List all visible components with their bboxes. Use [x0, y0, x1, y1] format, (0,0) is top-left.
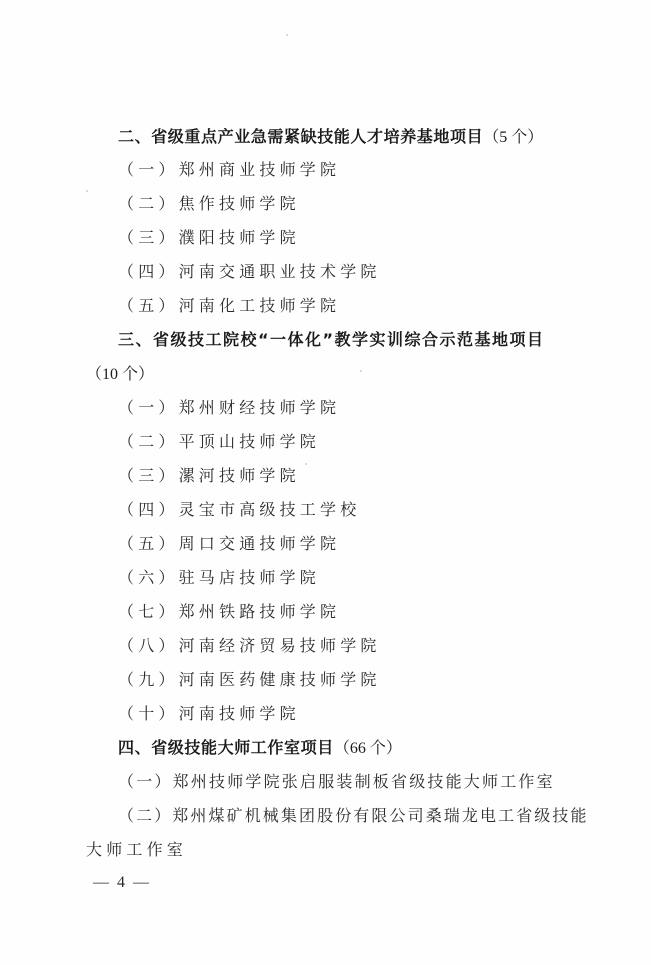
- document-page: 二、省级重点产业急需紧缺技能人才培养基地项目（5 个） （一）郑州商业技师学院 …: [0, 0, 651, 965]
- scan-speck: [360, 370, 362, 372]
- list-item: （四）河南交通职业技术学院: [118, 262, 381, 282]
- section-count: （66 个）: [334, 740, 402, 757]
- list-item: （一）郑州商业技师学院: [118, 160, 340, 180]
- section-count: （10 个）: [86, 366, 154, 383]
- scan-speck: [286, 34, 288, 36]
- section-heading-text: 四、省级技能大师工作室项目: [118, 738, 334, 757]
- list-item: （三）漯河技师学院: [118, 466, 300, 486]
- section-heading-3: 三、省级技工院校“一体化”教学实训综合示范基地项目: [118, 330, 545, 350]
- list-item: （一）郑州财经技师学院: [118, 398, 340, 418]
- list-item-continuation: 大师工作室: [86, 840, 187, 860]
- section-heading-3-continuation: （10 个）: [86, 364, 154, 385]
- list-item: （五）周口交通技师学院: [118, 534, 340, 554]
- list-item: （二）郑州煤矿机械集团股份有限公司桑瑞龙电工省级技能: [118, 806, 589, 826]
- list-item: （九）河南医药健康技师学院: [118, 670, 381, 690]
- list-item: （二）焦作技师学院: [118, 194, 300, 214]
- list-item: （六）驻马店技师学院: [118, 568, 320, 588]
- page-number: — 4 —: [93, 874, 151, 892]
- list-item: （八）河南经济贸易技师学院: [118, 636, 381, 656]
- list-item: （三）濮阳技师学院: [118, 228, 300, 248]
- list-item: （五）河南化工技师学院: [118, 296, 340, 316]
- section-count: （5 个）: [483, 129, 543, 146]
- list-item: （二）平顶山技师学院: [118, 432, 320, 452]
- section-heading-2: 二、省级重点产业急需紧缺技能人才培养基地项目（5 个）: [118, 127, 543, 148]
- list-item: （十）河南技师学院: [118, 704, 300, 724]
- scan-speck: [305, 463, 307, 465]
- scan-speck: [86, 190, 88, 192]
- section-heading-4: 四、省级技能大师工作室项目（66 个）: [118, 738, 402, 759]
- section-heading-text: 二、省级重点产业急需紧缺技能人才培养基地项目: [118, 127, 483, 146]
- list-item: （四）灵宝市高级技工学校: [118, 500, 360, 520]
- list-item: （七）郑州铁路技师学院: [118, 602, 340, 622]
- list-item: （一）郑州技师学院张启服装制板省级技能大师工作室: [118, 772, 555, 792]
